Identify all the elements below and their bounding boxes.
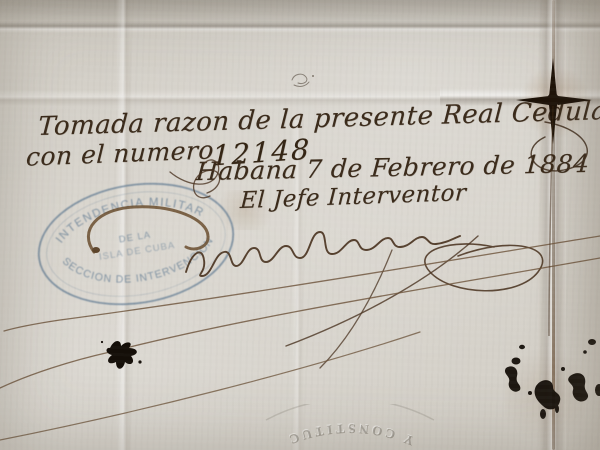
embossed-seal: Y CONSTITUC Y CONSTITUC xyxy=(262,404,438,450)
seal-ring-arc xyxy=(266,404,434,420)
ink-smudge xyxy=(292,74,314,86)
line1-end-flourish xyxy=(531,122,587,171)
ink-blot-cluster xyxy=(505,339,600,419)
fold-cross-ink-mark xyxy=(516,58,592,336)
ink-overlay xyxy=(0,0,600,450)
hook-ink-blob xyxy=(92,247,100,253)
signature-flourish xyxy=(186,232,543,368)
manuscript-photo: INTENDENCIA MILITAR DE LA ISLA DE CUBA S… xyxy=(0,0,600,450)
brown-hook-stroke xyxy=(88,207,208,252)
emboss-arc-text: Y CONSTITUC xyxy=(284,421,416,448)
